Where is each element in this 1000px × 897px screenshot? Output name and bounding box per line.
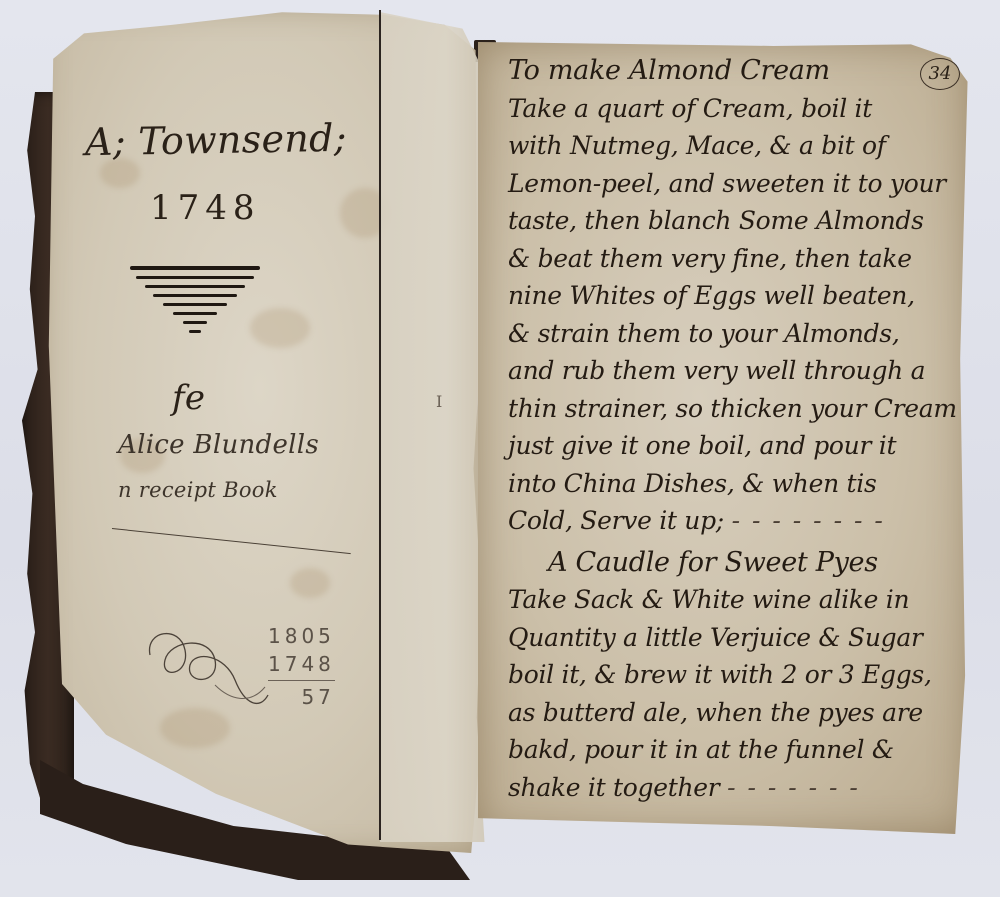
pencil-difference: 57 (268, 683, 335, 711)
recipe-line: and rub them very well through a (508, 352, 968, 390)
pencil-flourish-scribble (140, 625, 270, 715)
recipe-line-final: shake it together - - - - - - - (508, 769, 968, 807)
recipe-line: as butterd ale, when the pyes are (508, 694, 968, 732)
recipe-title-caudle: A Caudle for Sweet Pyes (508, 544, 968, 582)
foxing-stain (290, 568, 330, 598)
recipe-line: Lemon-peel, and sweeten it to your (508, 165, 968, 203)
recipe-line: nine Whites of Eggs well beaten, (508, 277, 968, 315)
recipe-line: into China Dishes, & when tis (508, 465, 968, 503)
decorative-triangle-flourish (125, 266, 265, 339)
book-owner-title: Alice Blundells (118, 430, 319, 460)
recipe-line: with Nutmeg, Mace, & a bit of (508, 127, 968, 165)
recipe-line: shake it together (508, 773, 719, 802)
recipe-line: & beat them very fine, then take (508, 240, 968, 278)
owner-year: 1748 (150, 188, 261, 228)
fecit-mark: fe (172, 378, 205, 418)
recipe-line: Cold, Serve it up; (508, 506, 724, 535)
pencil-year-1805: 1805 (268, 622, 335, 650)
pencil-year-1748: 1748 (268, 650, 335, 678)
recipe-line: bakd, pour it in at the funnel & (508, 731, 968, 769)
recipe-line: thin strainer, so thicken your Cream (508, 390, 968, 428)
book-title-subtitle: n receipt Book (118, 478, 278, 502)
folded-page-flap (380, 12, 490, 842)
recipe-line-final: Cold, Serve it up; - - - - - - - - (508, 502, 968, 540)
end-dashes: - - - - - - - - (732, 506, 885, 535)
recipe-line: taste, then blanch Some Almonds (508, 202, 968, 240)
recipe-line: Take Sack & White wine alike in (508, 581, 968, 619)
recipe-line: Take a quart of Cream, boil it (508, 90, 968, 128)
stray-ink-mark: I (436, 392, 443, 411)
recipe-line: just give it one boil, and pour it (508, 427, 968, 465)
recipe-line: & strain them to your Almonds, (508, 315, 968, 353)
pencil-date-subtraction: 1805 1748 57 (268, 622, 335, 711)
recipe-line: boil it, & brew it with 2 or 3 Eggs, (508, 656, 968, 694)
recipe-title-almond-cream: To make Almond Cream (508, 52, 968, 90)
end-dashes: - - - - - - - (727, 773, 860, 802)
recipe-line: Quantity a little Verjuice & Sugar (508, 619, 968, 657)
recipe-text-block: To make Almond Cream Take a quart of Cre… (508, 52, 968, 806)
sum-rule (268, 680, 335, 681)
owner-name: A; Townsend; (85, 116, 348, 165)
ruled-margin-line (379, 10, 381, 840)
